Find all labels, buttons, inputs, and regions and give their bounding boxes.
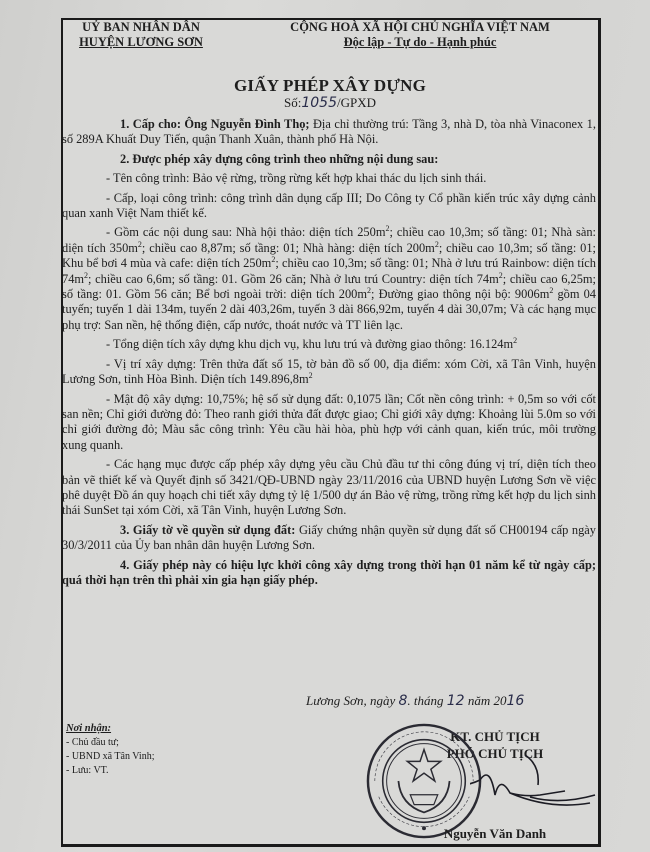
section-4: 4. Giấy phép này có hiệu lực khởi công x… [62,558,596,589]
document-title: GIẤY PHÉP XÂY DỰNG [60,76,600,96]
permit-number: Số:1055/GPXD [60,95,600,111]
total-area-text: - Tổng diện tích xây dựng khu dịch vụ, k… [106,337,513,351]
document-body: 1. Cấp cho: Ông Nguyễn Đình Thọ; Địa chỉ… [62,117,596,592]
section-1-label: 1. Cấp cho: Ông Nguyễn Đình Thọ; [120,117,310,131]
superscript: 2 [513,336,517,345]
signature-icon [470,755,600,825]
contents-part: - Gồm các nội dung sau: Nhà hội thảo: di… [106,225,385,239]
contents-part: ; Đường giao thông nội bộ: 9006m [371,287,549,301]
location: - Vị trí xây dựng: Trên thửa đất số 15, … [62,357,596,388]
superscript: 2 [309,371,313,380]
place: Lương Sơn, ngày [306,693,398,708]
month-handwritten: 12 [447,693,465,709]
month-label: . tháng [407,693,446,708]
section-2-label: 2. Được phép xây dựng công trình theo nh… [120,152,438,166]
number-handwritten: 1055 [301,95,337,111]
contents-part: ; chiều cao 6,6m; số tầng: 01. Gồm 26 că… [88,272,499,286]
recipients-label: Nơi nhận: [66,722,154,736]
recipient-item: - Chủ đầu tư; [66,736,154,750]
section-3: 3. Giấy tờ về quyền sử dụng đất: Giấy ch… [62,523,596,554]
number-prefix: Số: [284,95,301,110]
signer-name: Nguyễn Văn Danh [395,826,595,842]
total-area: - Tổng diện tích xây dựng khu dịch vụ, k… [62,337,596,352]
recipients: Nơi nhận: - Chủ đầu tư; - UBND xã Tân Vi… [66,722,154,778]
national-motto: CỘNG HOÀ XÃ HỘI CHỦ NGHĨA VIỆT NAM Độc l… [255,20,585,50]
project-contents: - Gồm các nội dung sau: Nhà hội thảo: di… [62,225,596,333]
number-suffix: /GPXD [337,95,376,110]
year-handwritten: 16 [506,693,524,709]
recipient-item: - Lưu: VT. [66,764,154,778]
place-date: Lương Sơn, ngày 8. tháng 12 năm 2016 [306,693,524,709]
building-density: - Mật độ xây dựng: 10,75%; hệ số sử dụng… [62,392,596,454]
authority-line2: HUYỆN LƯƠNG SƠN [66,35,216,50]
project-name: - Tên công trình: Bảo vệ rừng, trồng rừn… [62,171,596,186]
section-2-heading: 2. Được phép xây dựng công trình theo nh… [62,152,596,167]
section-4-text: 4. Giấy phép này có hiệu lực khởi công x… [62,558,596,587]
contents-part: ; chiều cao 8,87m; số tầng: 01; Nhà hàng… [142,241,435,255]
location-text: - Vị trí xây dựng: Trên thửa đất số 15, … [62,357,596,386]
licensed-items: - Các hạng mục được cấp phép xây dựng yê… [62,457,596,519]
section-1: 1. Cấp cho: Ông Nguyễn Đình Thọ; Địa chỉ… [62,117,596,148]
authority-line1: UỶ BAN NHÂN DÂN [66,20,216,35]
project-grade: - Cấp, loại công trình: công trình dân d… [62,191,596,222]
motto-line1: CỘNG HOÀ XÃ HỘI CHỦ NGHĨA VIỆT NAM [255,20,585,35]
official-seal-icon [365,722,483,840]
motto-line2: Độc lập - Tự do - Hạnh phúc [344,35,497,49]
recipient-item: - UBND xã Tân Vinh; [66,750,154,764]
section-3-label: 3. Giấy tờ về quyền sử dụng đất: [120,523,295,537]
year-label: năm 20 [465,693,507,708]
issuing-authority: UỶ BAN NHÂN DÂN HUYỆN LƯƠNG SƠN [66,20,216,50]
